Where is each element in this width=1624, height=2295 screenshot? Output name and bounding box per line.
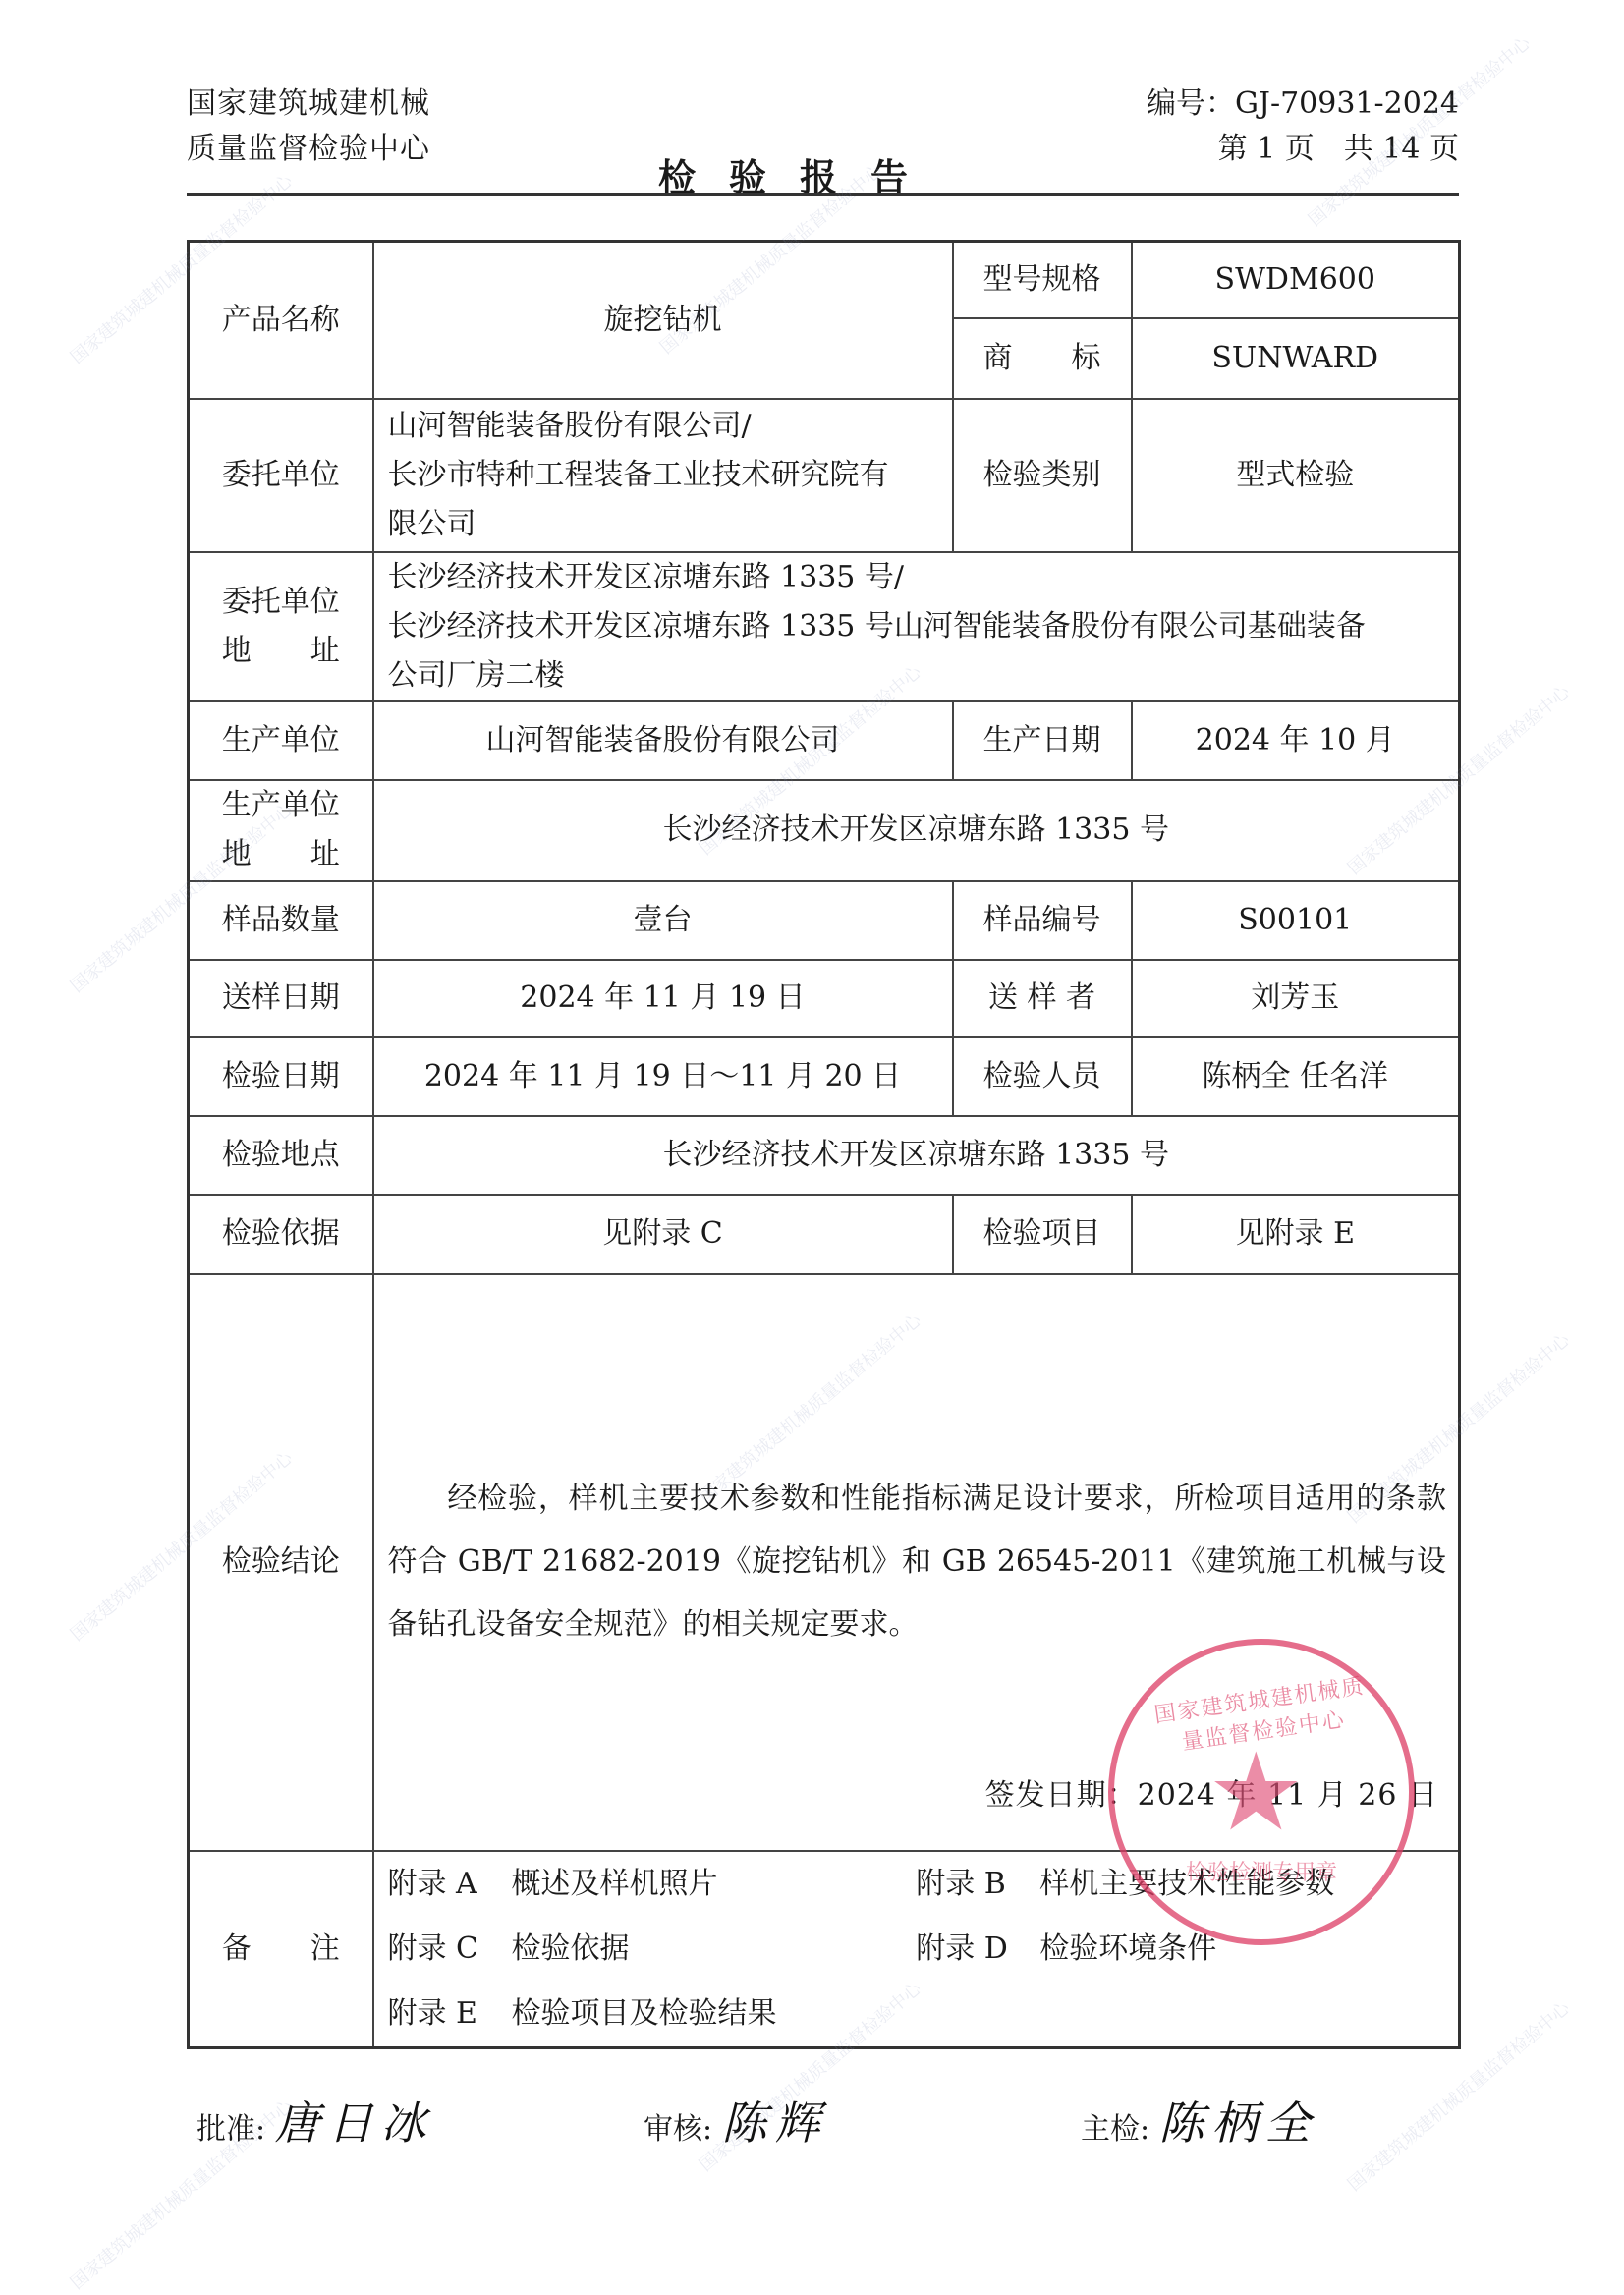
production-date-label: 生产日期 bbox=[953, 701, 1132, 780]
client-address-line-1: 长沙经济技术开发区凉塘东路 1335 号/ bbox=[388, 553, 1445, 602]
conclusion-text-wrap: 经检验，样机主要技术参数和性能指标满足设计要求，所检项目适用的条款符合 GB/T… bbox=[374, 1468, 1459, 1656]
issue-date: 签发日期：2024 年 11 月 26 日 bbox=[985, 1771, 1438, 1820]
brand-value: SUNWARD bbox=[1132, 318, 1460, 399]
production-date-value: 2024 年 10 月 bbox=[1132, 701, 1460, 780]
conclusion-text: 经检验，样机主要技术参数和性能指标满足设计要求，所检项目适用的条款符合 GB/T… bbox=[388, 1482, 1447, 1642]
org-name-line1: 国家建筑城建机械 bbox=[187, 86, 430, 122]
appendix-item: 附录 D检验环境条件 bbox=[916, 1917, 1444, 1982]
chief-signature-block: 主检: 陈柄全 bbox=[1081, 2088, 1318, 2153]
conclusion-label: 检验结论 bbox=[189, 1274, 373, 1851]
chief-label: 主检: bbox=[1081, 2112, 1149, 2147]
delivery-date-label: 送样日期 bbox=[189, 960, 373, 1037]
basis-value: 见附录 C bbox=[373, 1195, 953, 1274]
conclusion-cell: 经检验，样机主要技术参数和性能指标满足设计要求，所检项目适用的条款符合 GB/T… bbox=[373, 1274, 1460, 1851]
sender-label: 送 样 者 bbox=[953, 960, 1132, 1037]
inspectors-value: 陈柄全 任名洋 bbox=[1132, 1037, 1460, 1116]
chief-signature: 陈柄全 bbox=[1159, 2097, 1318, 2150]
client-address-label: 委托单位 地 址 bbox=[189, 552, 373, 701]
client-address-label-1: 委托单位 bbox=[203, 578, 359, 627]
org-name-line2: 质量监督检验中心 bbox=[187, 132, 430, 167]
model-value: SWDM600 bbox=[1132, 242, 1460, 318]
items-label: 检验项目 bbox=[953, 1195, 1132, 1274]
approve-label: 批准: bbox=[196, 2112, 265, 2147]
remarks-cell: 附录 A概述及样机照片 附录 B样机主要技术性能参数 附录 C检验依据 附录 D… bbox=[373, 1851, 1460, 2048]
inspection-date-value: 2024 年 11 月 19 日～11 月 20 日 bbox=[373, 1037, 953, 1116]
report-table: 产品名称 旋挖钻机 型号规格 SWDM600 商 标 SUNWARD 委托单位 … bbox=[187, 240, 1461, 2049]
inspection-type-label: 检验类别 bbox=[953, 399, 1132, 552]
manufacturer-label: 生产单位 bbox=[189, 701, 373, 780]
sender-value: 刘芳玉 bbox=[1132, 960, 1460, 1037]
client-address-line-2: 长沙经济技术开发区凉塘东路 1335 号山河智能装备股份有限公司基础装备 bbox=[388, 602, 1445, 651]
inspectors-label: 检验人员 bbox=[953, 1037, 1132, 1116]
client-line-2: 长沙市特种工程装备工业技术研究院有 bbox=[388, 451, 938, 500]
client-line-3: 限公司 bbox=[388, 500, 938, 549]
sample-qty-label: 样品数量 bbox=[189, 881, 373, 960]
product-name-label: 产品名称 bbox=[189, 242, 373, 399]
model-label: 型号规格 bbox=[953, 242, 1132, 318]
manufacturer-address-label: 生产单位 地 址 bbox=[189, 780, 373, 881]
basis-label: 检验依据 bbox=[189, 1195, 373, 1274]
sample-no-label: 样品编号 bbox=[953, 881, 1132, 960]
manufacturer-address-label-1: 生产单位 bbox=[203, 781, 359, 830]
client-value: 山河智能装备股份有限公司/ 长沙市特种工程装备工业技术研究院有 限公司 bbox=[373, 399, 953, 552]
appendix-list: 附录 A概述及样机照片 附录 B样机主要技术性能参数 附录 C检验依据 附录 D… bbox=[388, 1852, 1445, 2046]
page-info: 第 1 页 共 14 页 bbox=[1218, 132, 1459, 167]
header-rule bbox=[187, 193, 1459, 196]
manufacturer-value: 山河智能装备股份有限公司 bbox=[373, 701, 953, 780]
review-label: 审核: bbox=[644, 2112, 712, 2147]
approve-signature-block: 批准: 唐日冰 bbox=[196, 2088, 434, 2153]
client-address-label-2: 地 址 bbox=[203, 627, 359, 676]
appendix-item: 附录 E检验项目及检验结果 bbox=[388, 1982, 917, 2046]
client-label: 委托单位 bbox=[189, 399, 373, 552]
inspection-type-value: 型式检验 bbox=[1132, 399, 1460, 552]
report-number: 编号：GJ-70931-2024 bbox=[1147, 86, 1459, 122]
review-signature-block: 审核: 陈辉 bbox=[644, 2088, 828, 2153]
client-address-line-3: 公司厂房二楼 bbox=[388, 651, 1445, 700]
client-line-1: 山河智能装备股份有限公司/ bbox=[388, 402, 938, 451]
remarks-label: 备 注 bbox=[189, 1851, 373, 2048]
inspection-date-label: 检验日期 bbox=[189, 1037, 373, 1116]
delivery-date-value: 2024 年 11 月 19 日 bbox=[373, 960, 953, 1037]
location-label: 检验地点 bbox=[189, 1116, 373, 1195]
location-value: 长沙经济技术开发区凉塘东路 1335 号 bbox=[373, 1116, 1460, 1195]
appendix-item: 附录 B样机主要技术性能参数 bbox=[916, 1852, 1444, 1917]
product-name: 旋挖钻机 bbox=[373, 242, 953, 399]
approve-signature: 唐日冰 bbox=[275, 2097, 434, 2150]
manufacturer-address-value: 长沙经济技术开发区凉塘东路 1335 号 bbox=[373, 780, 1460, 881]
sample-no-value: S00101 bbox=[1132, 881, 1460, 960]
appendix-item: 附录 A概述及样机照片 bbox=[388, 1852, 917, 1917]
appendix-item: 附录 C检验依据 bbox=[388, 1917, 917, 1982]
sample-qty-value: 壹台 bbox=[373, 881, 953, 960]
client-address-value: 长沙经济技术开发区凉塘东路 1335 号/ 长沙经济技术开发区凉塘东路 1335… bbox=[373, 552, 1460, 701]
items-value: 见附录 E bbox=[1132, 1195, 1460, 1274]
review-signature: 陈辉 bbox=[722, 2097, 828, 2150]
manufacturer-address-label-2: 地 址 bbox=[203, 830, 359, 879]
brand-label: 商 标 bbox=[953, 318, 1132, 399]
watermark: 国家建筑城建机械质量监督检验中心 bbox=[1302, 29, 1535, 231]
